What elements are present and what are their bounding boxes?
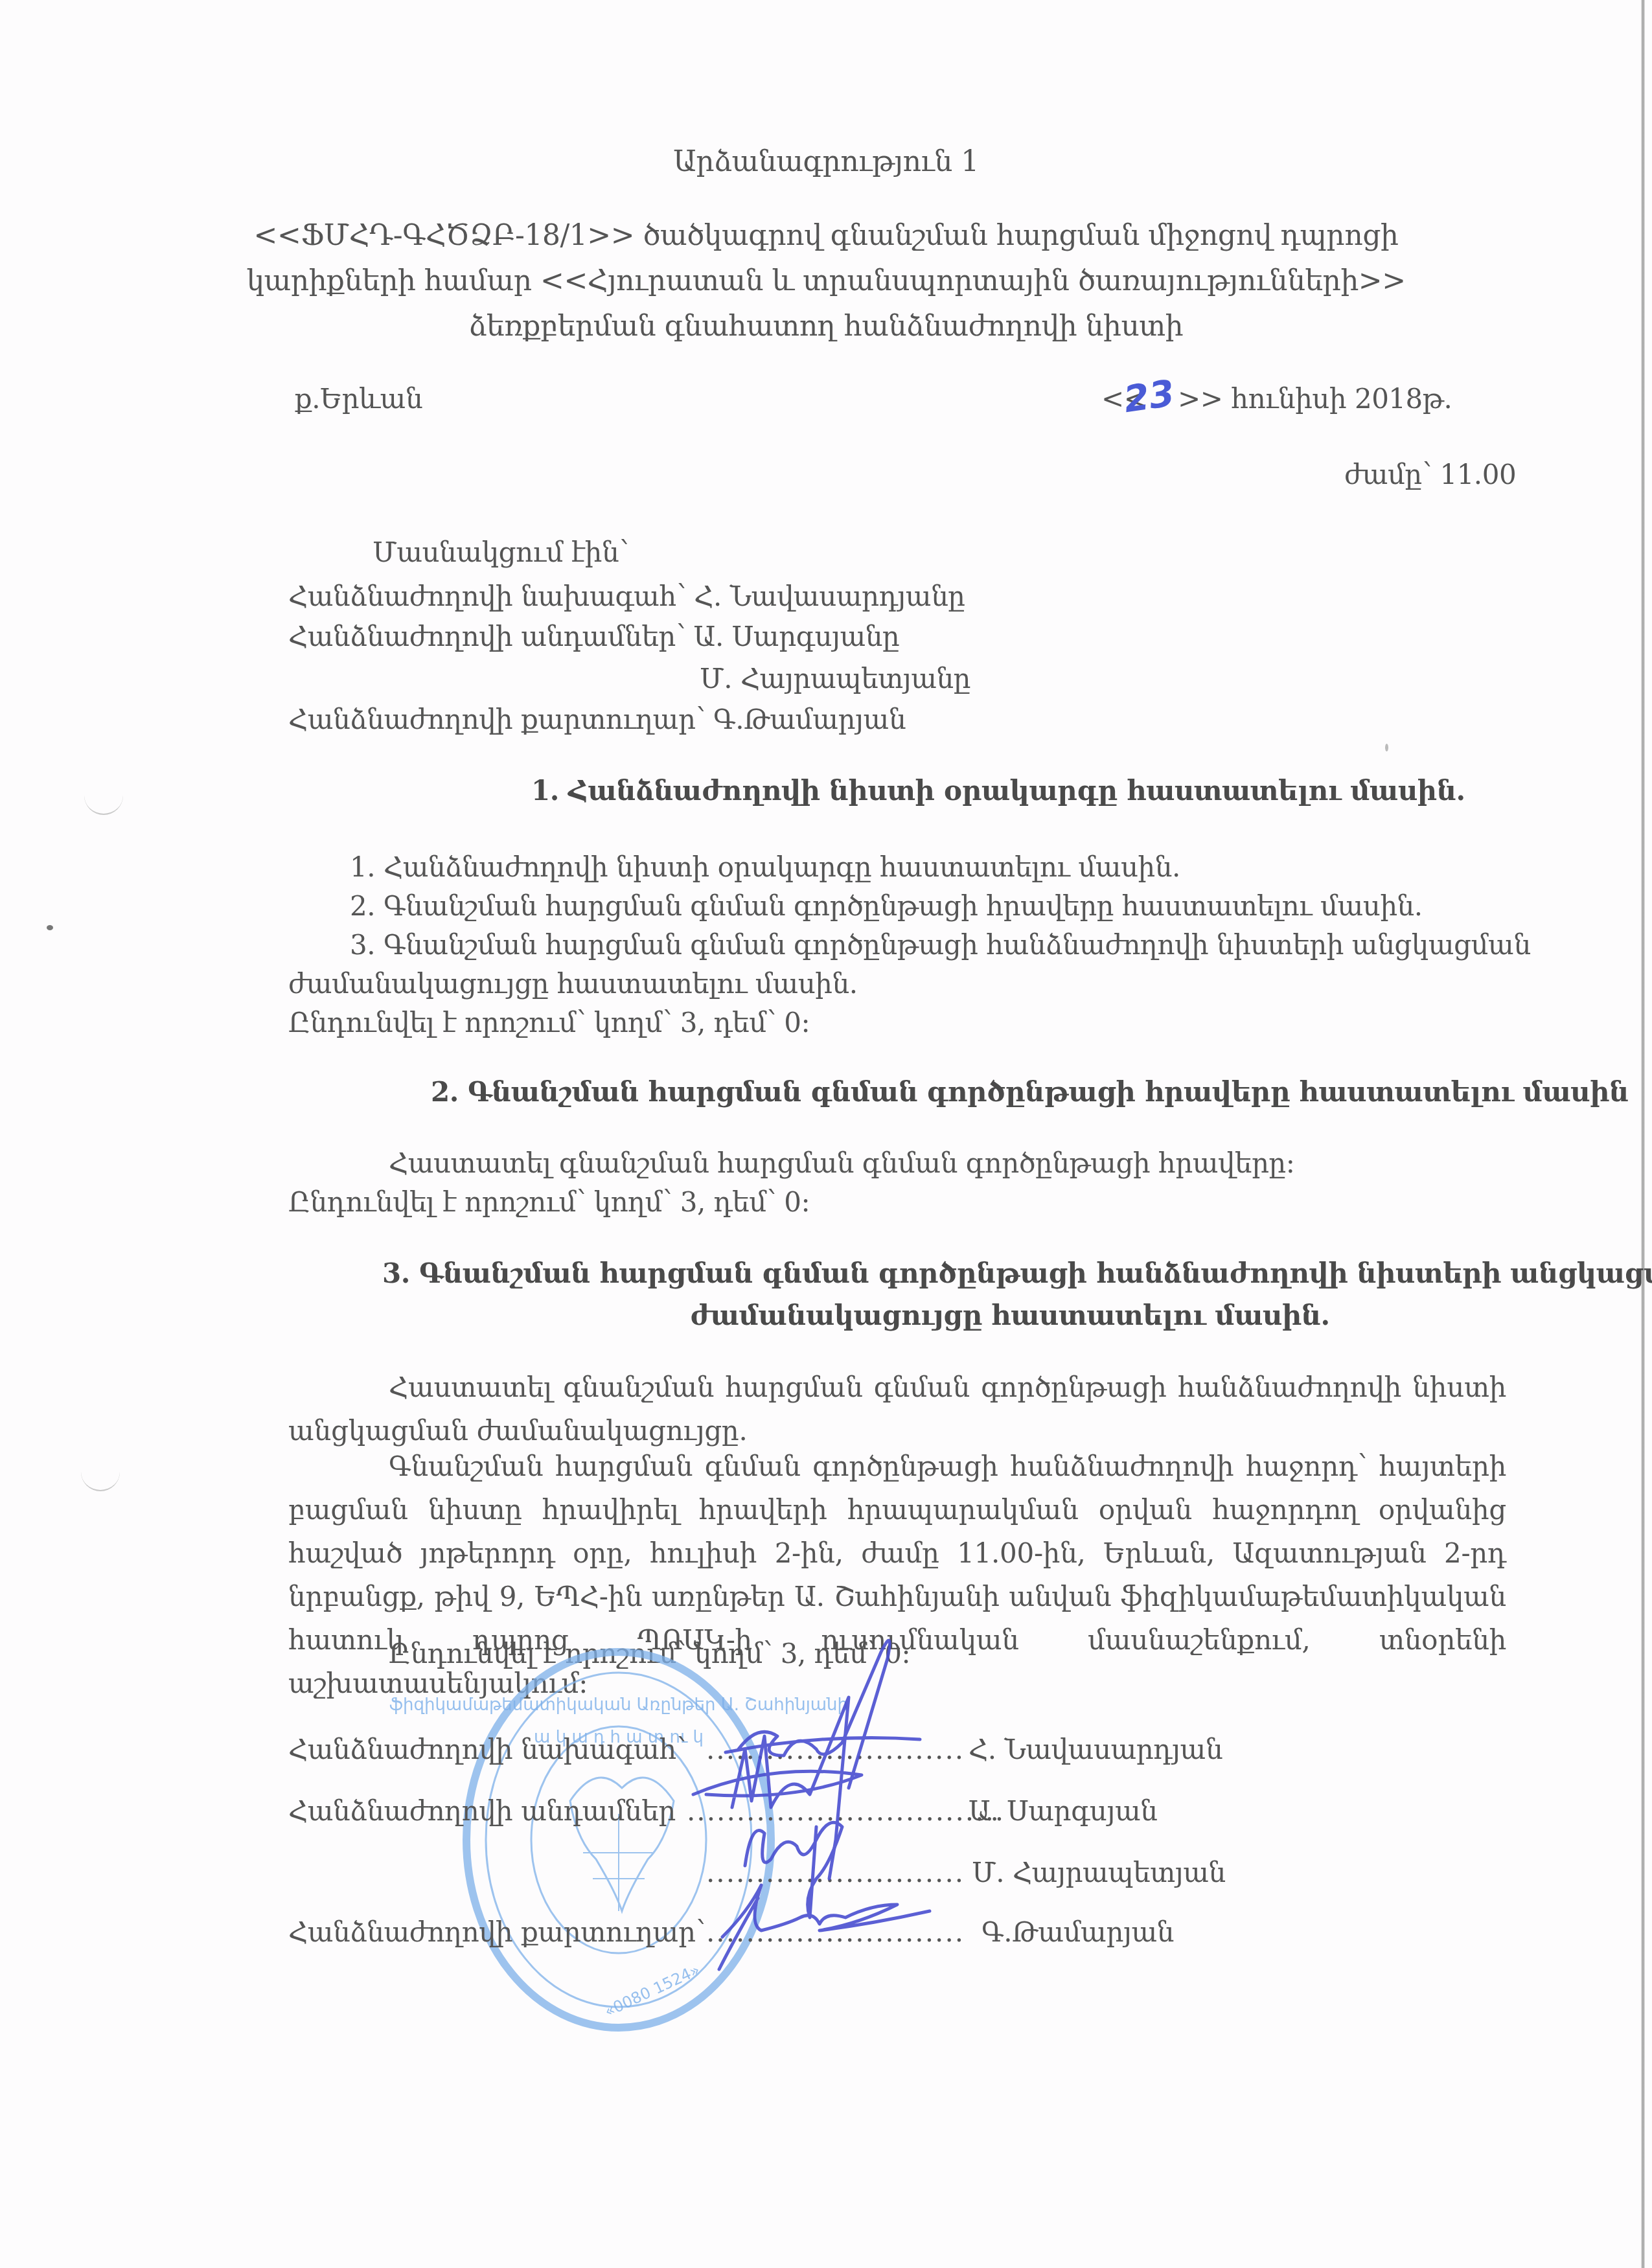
handwritten-signatures <box>0 0 1652 2268</box>
